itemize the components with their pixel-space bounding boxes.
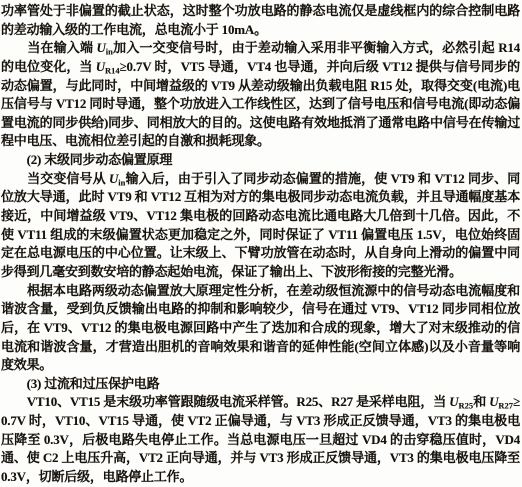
text-line: VT10、VT15 是末级功率管跟随级电流采样管。R25、R27 是采样电阻，当… <box>1 393 520 412</box>
text-line: 程中电压、电流相位差引起的自激和损耗现象。 <box>1 132 520 151</box>
text-line: 接近，中间增益级 VT9、VT12 集电极的回路动态电流比通电路大几倍到十几倍。… <box>1 207 520 226</box>
text-line: 当交变信号从 Uin输入后，由于引入了同步动态偏置的措施，使 VT9 和 VT1… <box>1 170 520 189</box>
document-page: 功率管处于非偏置的截止状态，这时整个功放电路的静态电流仅是虚线框内的综合控制电路… <box>0 0 522 487</box>
text-line: 0.3V，切断后级，电路停止工作。 <box>1 468 520 487</box>
text-line: 压降至 0.3V，后极电路失电停止工作。当总电源电压一旦超过 VD4 的击穿稳压… <box>1 431 520 450</box>
text-line: 位放大导通，此时 VT9 和 VT12 互相为对方的集电极同步动态电流负载，并且… <box>1 188 520 207</box>
text-line: 功率管处于非偏置的截止状态，这时整个功放电路的静态电流仅是虚线框内的综合控制电路 <box>1 2 520 21</box>
text-line: 使 VT11 组成的末级偏置状态更加稳定之外，同时保证了 VT11 偏置电压 1… <box>1 226 520 245</box>
text-line: 度效果。 <box>1 356 520 375</box>
text-line: 通、使 C2 上电压升高，VT2 正向导通，并与 VT3 形成正反馈导通，VT3… <box>1 449 520 468</box>
text-line: 步得到几毫安到数安培的静态起始电流，保证了输出上、下波形衔接的完整光滑。 <box>1 263 520 282</box>
text-line: 谐波含量，受到负反馈输出电路的抑制和影响较少，信号在通过 VT9、VT12 同步… <box>1 300 520 319</box>
text-line: 定在总电源电压的中心位置。让末级上、下臂功放管在动态时，从自身向上滑动的偏置中同 <box>1 244 520 263</box>
text-line: 后，在 VT9、VT12 的集电极电源回路中产生了迭加和合成的现象，增大了对末级… <box>1 319 520 338</box>
text-line: 压信号与 VT12 同时导通，整个功放进入工作线性区，达到了信号电压和信号电流(… <box>1 95 520 114</box>
text-line: 当在输入端 Uin加入一交变信号时，由于差动输入采用非平衡输入方式，必然引起 R… <box>1 39 520 58</box>
section-heading-3: (3) 过流和过压保护电路 <box>1 375 520 394</box>
text-line: 的差动输入级的工作电流，总电流小于 10mA。 <box>1 21 520 40</box>
text-line: 根据本电路两级动态偏置放大原理定性分析，在差动级恒流源中的信号动态电流幅度和 <box>1 282 520 301</box>
section-heading-2: (2) 末级同步动态偏置原理 <box>1 151 520 170</box>
text-line: 电流和谐波含量，才营造出胆机的音响效果和谐音的延伸性能(空间立体感)以及小音量等… <box>1 338 520 357</box>
text-line: 0.7V 时，VT10、VT15 导通，使 VT2 正偏导通，与 VT3 形成正… <box>1 412 520 431</box>
text-line: 动态偏置，与此同时，中间增益级的 VT9 从差动级输出负载电阻 R15 处，取得… <box>1 77 520 96</box>
text-line: 的电位变化，当 UR14≥0.7V 时，VT5 导通，VT4 也导通，并向后级 … <box>1 58 520 77</box>
text-line: 置电流的同步供给)同步、同相放大的目的。这使电路有效地抵消了通常电路中信号在传输… <box>1 114 520 133</box>
